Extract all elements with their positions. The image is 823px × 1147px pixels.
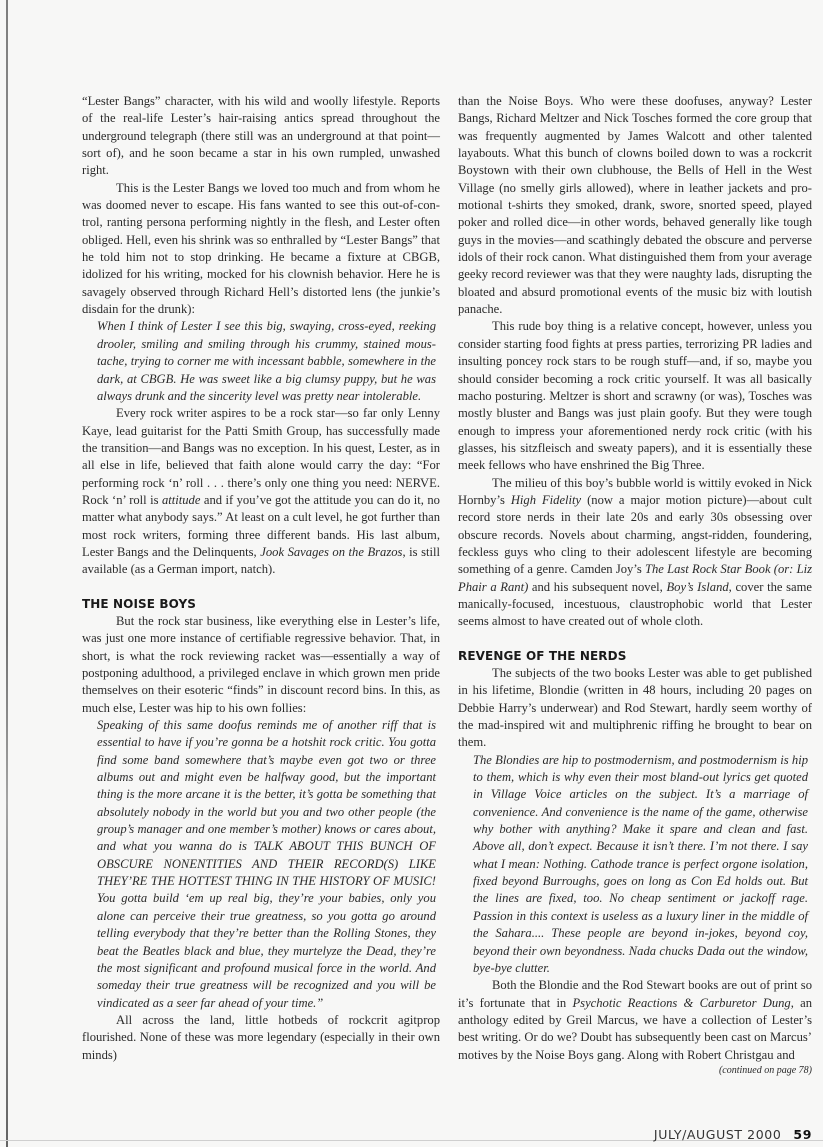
block-quote: The Blondies are hip to postmodernism, a… (458, 752, 812, 977)
paragraph: But the rock star business, like everyth… (82, 613, 440, 717)
page-number: 59 (793, 1127, 812, 1142)
paragraph: All across the land, little hotbeds of r… (82, 1012, 440, 1064)
right-column: than the Noise Boys. Who were these doof… (458, 93, 812, 1078)
block-quote: Speaking of this same doofus reminds me … (82, 717, 440, 1012)
continued-note: (continued on page 78) (458, 1064, 812, 1078)
page-footer: JULY/AUGUST 200059 (654, 1127, 812, 1142)
page-binding-edge (6, 0, 8, 1147)
paragraph: than the Noise Boys. Who were these doof… (458, 93, 812, 318)
block-quote: When I think of Lester I see this big, s… (82, 318, 440, 405)
section-heading: REVENGE OF THE NERDS (458, 648, 812, 665)
paragraph: This is the Lester Bangs we loved too mu… (82, 180, 440, 319)
issue-date: JULY/AUGUST 2000 (654, 1127, 781, 1142)
paragraph: “Lester Bangs” character, with his wild … (82, 93, 440, 180)
section-heading: THE NOISE BOYS (82, 596, 440, 613)
paragraph: Every rock writer aspires to be a rock s… (82, 405, 440, 578)
paragraph: Both the Blondie and the Rod Stewart boo… (458, 977, 812, 1064)
paragraph: This rude boy thing is a relative concep… (458, 318, 812, 474)
paragraph: The milieu of this boy’s bubble world is… (458, 475, 812, 631)
left-column: “Lester Bangs” character, with his wild … (82, 93, 440, 1064)
paragraph: The subjects of the two books Lester was… (458, 665, 812, 752)
